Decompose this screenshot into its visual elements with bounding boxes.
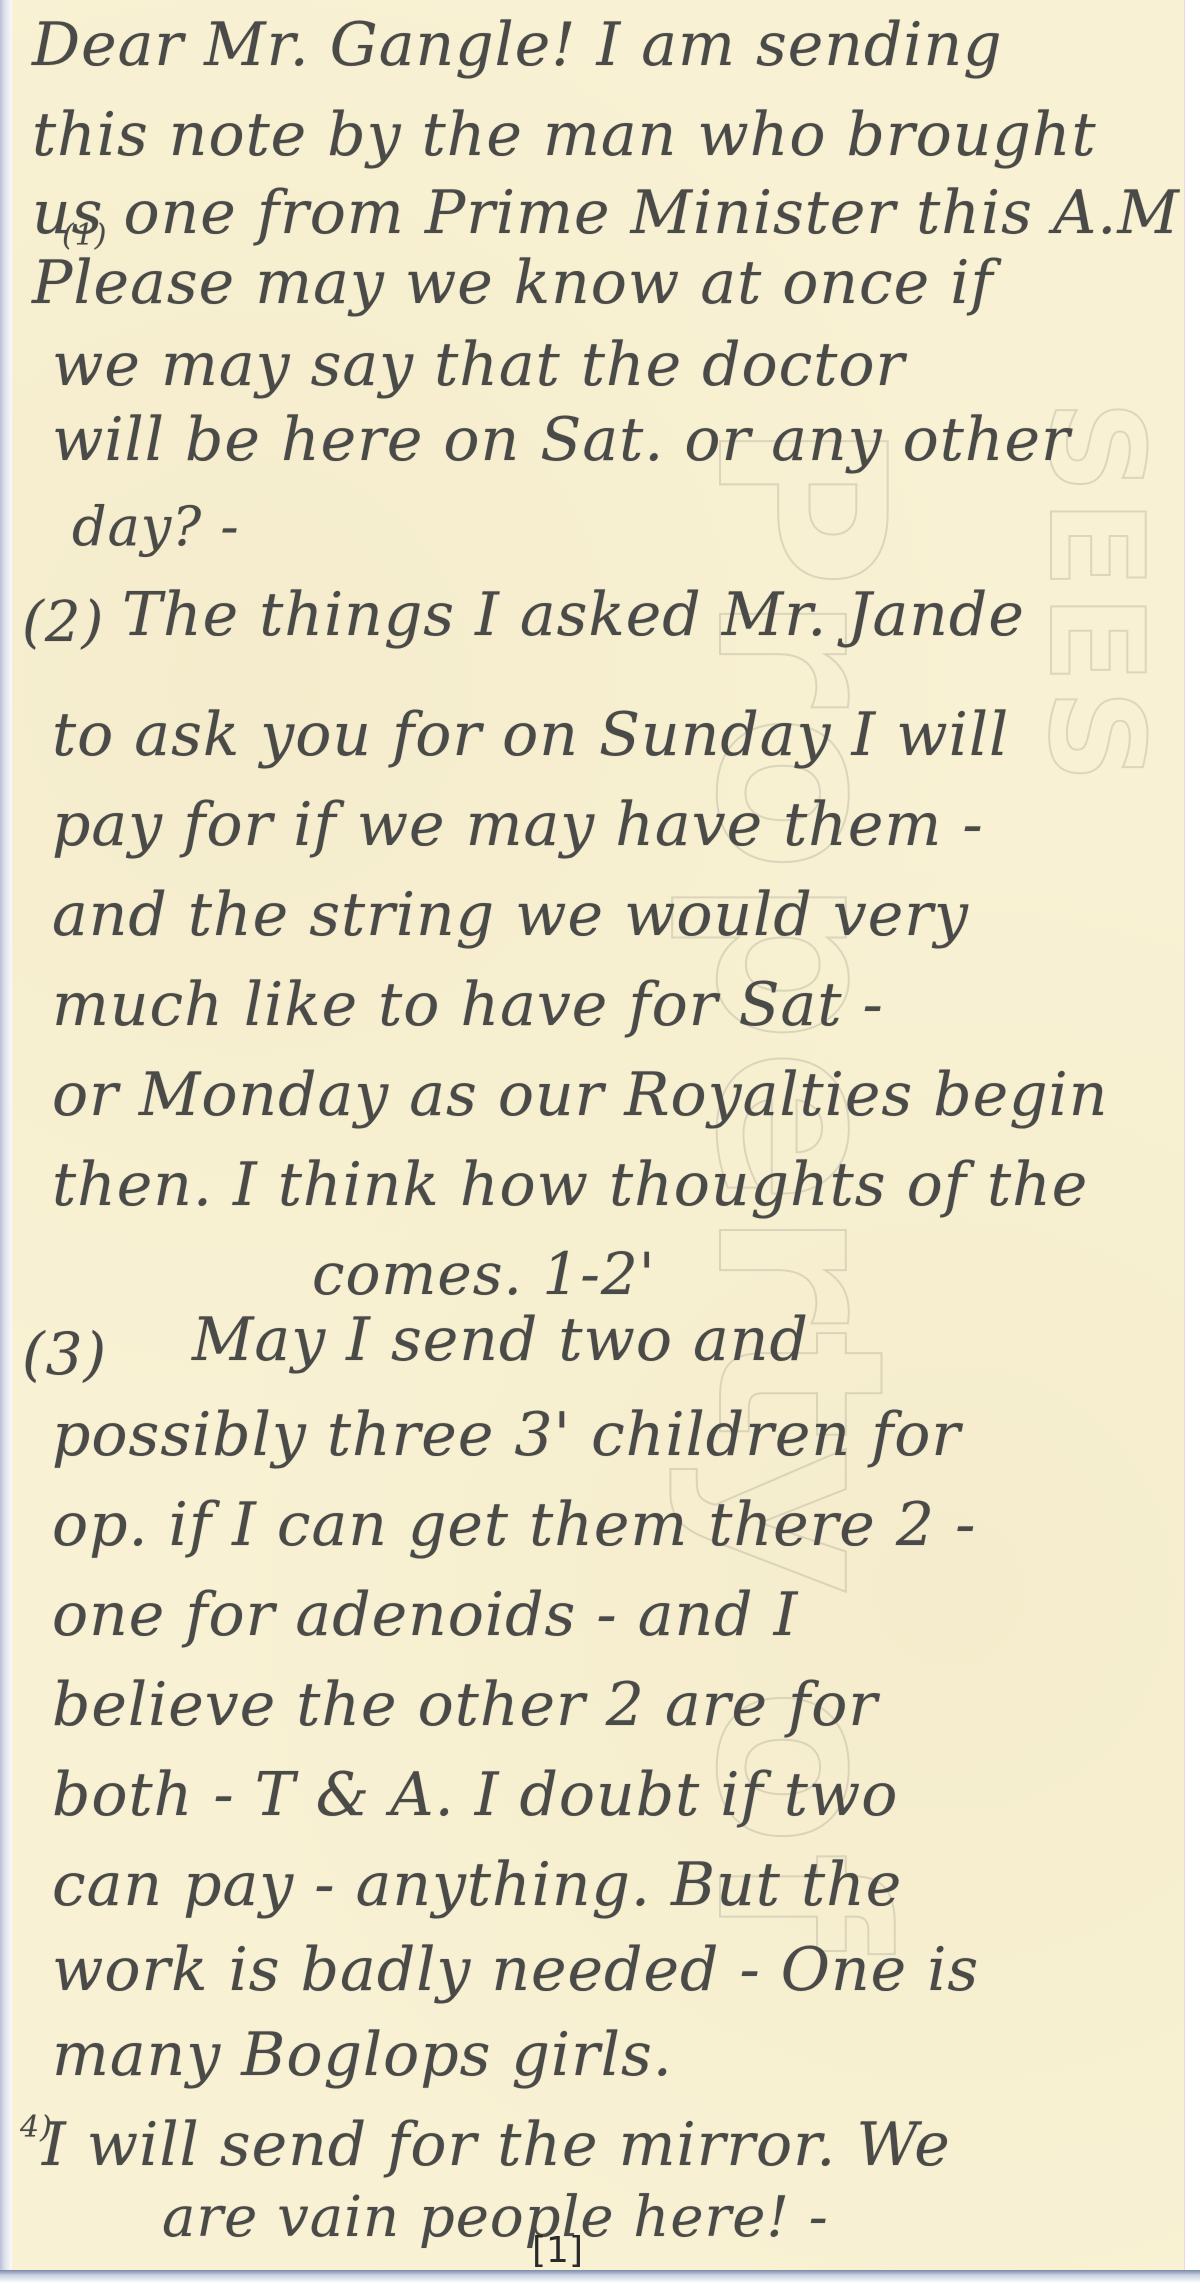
scan-bottom-edge — [0, 2270, 1200, 2283]
letter-line: comes. 1-2' — [312, 1240, 656, 1308]
letter-line: believe the other 2 are for — [52, 1670, 878, 1740]
letter-line: work is badly needed - One is — [52, 1935, 979, 2005]
letter-line: Dear Mr. Gangle! I am sending — [32, 10, 1003, 80]
letter-page: Property of SEES Dear Mr. Gangle! I am s… — [12, 0, 1184, 2272]
letter-line: op. if I can get them there 2 - — [52, 1490, 976, 1560]
letter-line: both - T & A. I doubt if two — [52, 1760, 898, 1830]
page-number: [1] — [532, 2230, 583, 2271]
scan-left-edge — [0, 0, 12, 2283]
letter-line: pay for if we may have them - — [52, 790, 984, 860]
letter-line: day? - — [72, 495, 240, 558]
letter-line: possibly three 3' children for — [52, 1400, 961, 1470]
letter-line: us one from Prime Minister this A.M. — [32, 178, 1184, 248]
letter-line: then. I think how thoughts of the — [52, 1150, 1088, 1220]
letter-line: and the string we would very — [52, 880, 969, 950]
letter-line: The things I asked Mr. Jande — [122, 580, 1025, 650]
letter-line: I will send for the mirror. We — [42, 2110, 951, 2180]
item-marker: (2) — [22, 590, 104, 655]
letter-line: May I send two and — [192, 1305, 809, 1375]
letter-line: or Monday as our Royalties begin — [52, 1060, 1108, 1130]
scan-right-margin — [1184, 0, 1200, 2283]
letter-line: to ask you for on Sunday I will — [52, 700, 1009, 770]
letter-line: Please may we know at once if — [32, 248, 994, 318]
letter-line: are vain people here! - — [162, 2185, 829, 2250]
letter-line: many Boglops girls. — [52, 2020, 673, 2090]
item-marker: (3) — [22, 1320, 107, 1388]
letter-line: we may say that the doctor — [52, 330, 905, 400]
letter-line: will be here on Sat. or any other — [52, 405, 1071, 475]
letter-line: this note by the man who brought — [32, 100, 1097, 170]
letter-line: can pay - anything. But the — [52, 1850, 902, 1920]
letter-line: one for adenoids - and I — [52, 1580, 798, 1650]
letter-line: much like to have for Sat - — [52, 970, 884, 1040]
